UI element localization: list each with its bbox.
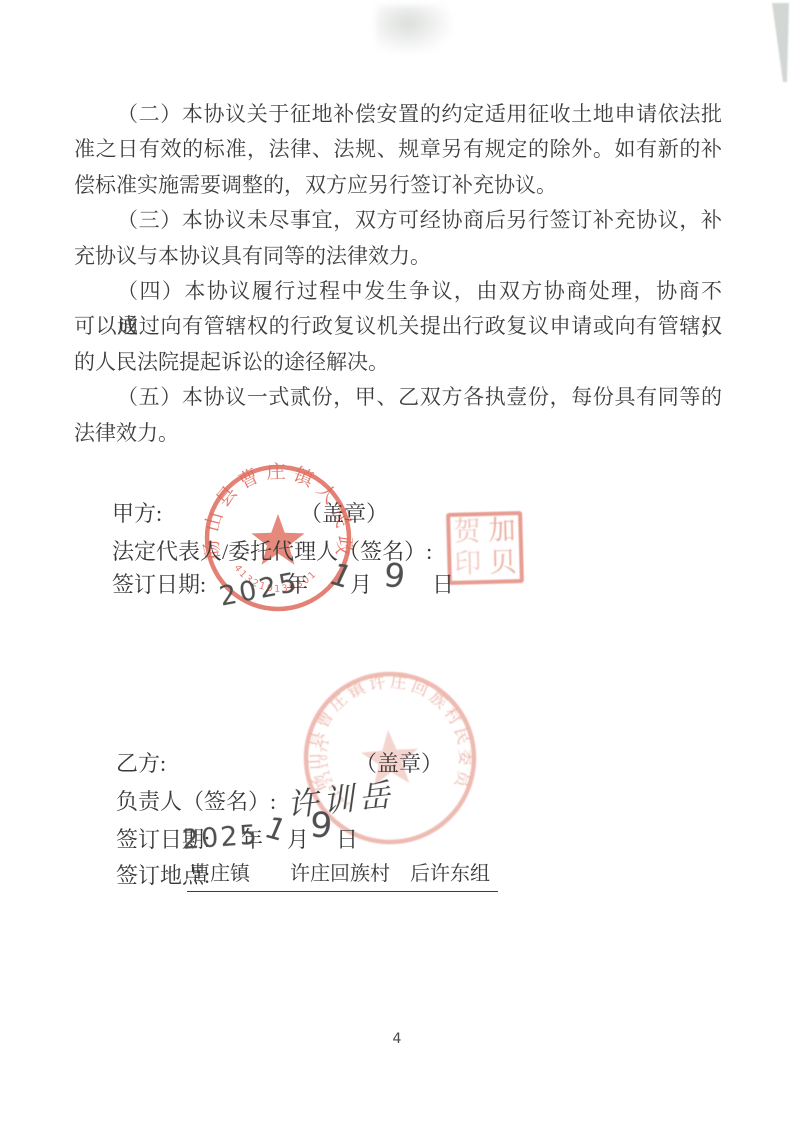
clause-line: （三）本协议未尽事宜，双方可经协商后另行签订补充协议，补: [117, 203, 722, 238]
name-seal-char: 贺: [453, 516, 481, 547]
party-a-day-unit: 日: [432, 571, 454, 599]
clause-line: （五）本协议一式贰份，甲、乙双方各执壹份，每份具有同等的: [117, 380, 722, 415]
page-number: 4: [0, 1031, 794, 1047]
name-seal-char: 加: [488, 515, 516, 546]
party-b-signer-label: 负责人（签名）:: [116, 788, 276, 816]
party-a-representative-label: 法定代表人/委托代理人（签名）:: [112, 538, 432, 566]
clause-line: 可以通过向有管辖权的行政复议机关提出行政复议申请或向有管辖权: [74, 309, 722, 344]
party-a-seal-hint: （盖章）: [300, 500, 388, 528]
clause-line: 充协议与本协议具有同等的法律效力。: [74, 239, 722, 274]
scan-corner-artifact: [770, 2, 792, 88]
party-a-name-seal: 加 贝 贺 印: [446, 511, 524, 585]
clause-line: 的人民法院提起诉讼的途径解决。: [74, 345, 722, 380]
clause-line: （二）本协议关于征地补偿安置的约定适用征收土地申请依法批: [117, 97, 722, 132]
party-a-handwritten-day: 9: [382, 555, 408, 596]
document-page: （二）本协议关于征地补偿安置的约定适用征收土地申请依法批 准之日有效的标准，法律…: [0, 0, 794, 1123]
name-seal-char: 印: [454, 548, 482, 579]
name-seal-char: 贝: [489, 547, 517, 578]
clause-line: （四）本协议履行过程中发生争议，由双方协商处理，协商不成，: [117, 274, 722, 309]
clause-line: 准之日有效的标准，法律、法规、规章另有规定的除外。如有新的补: [74, 132, 722, 167]
party-b-label: 乙方:: [116, 750, 166, 778]
clause-line: 偿标准实施需要调整的，双方应另行签订补充协议。: [74, 168, 722, 203]
clause-line: 法律效力。: [74, 416, 722, 451]
party-a-label: 甲方:: [112, 500, 162, 528]
party-b-handwritten-year: 2025: [181, 819, 260, 855]
party-a-date-label: 签订日期:: [112, 571, 206, 599]
party-b-day-unit: 日: [336, 826, 358, 854]
party-b-month-unit: 月: [287, 826, 309, 854]
scan-smudge: [376, 5, 452, 53]
agreement-clauses: （二）本协议关于征地补偿安置的约定适用征收土地申请依法批 准之日有效的标准，法律…: [74, 97, 722, 451]
party-a-month-unit: 月: [350, 571, 372, 599]
party-b-handwritten-day: 9: [309, 805, 334, 846]
party-b-location-value: 曹庄镇 许庄回族村 后许东组: [187, 860, 498, 892]
